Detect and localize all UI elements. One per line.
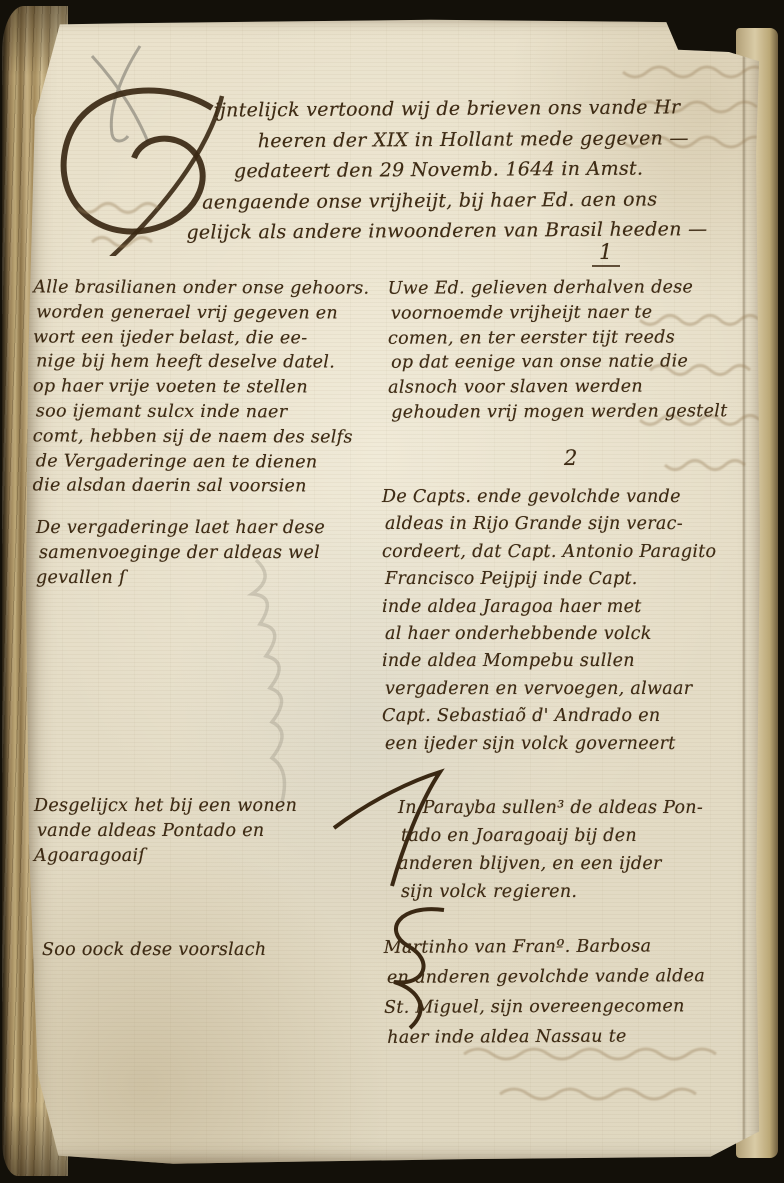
text-line: op dat eenige van onse natie die (391, 350, 727, 376)
text-line: inde aldea Jaragoa haer met (382, 594, 716, 621)
text-line: In Parayba sullen³ de aldeas Pon- (398, 794, 703, 822)
text-line: op haer vrije voeten te stellen (33, 375, 369, 401)
left-column-resolution-4: Soo oock dese voorslach (42, 938, 266, 963)
text-line: ijntelijck vertoond wij de brieven ons v… (213, 92, 706, 126)
text-line: die alsdan daerin sal voorsien (33, 474, 369, 500)
text-line: gevallen ſ (36, 566, 325, 591)
text-line: St. Miguel, sijn overeengecomen (384, 991, 705, 1023)
text-line: nige bij hem heeft deselve datel. (36, 350, 369, 376)
text-line: haer inde aldea Nassau te (387, 1021, 705, 1053)
text-line: inde aldea Mompebu sullen (382, 648, 716, 675)
text-line: cordeert, dat Capt. Antonio Paragito (382, 539, 716, 566)
text-line: De vergaderinge laet haer dese (36, 516, 325, 541)
text-line: De Capts. ende gevolchde vande (382, 484, 716, 511)
article-number-1: 1 (592, 240, 620, 267)
text-line: en anderen gevolchde vande aldea (387, 961, 705, 993)
text-line: een ijeder sijn volck governeert (385, 731, 716, 758)
text-line: voornoemde vrijheijt naer te (391, 300, 727, 326)
text-line: gehouden vrij mogen werden gestelt (391, 399, 727, 425)
text-line: Agoaragoaiſ (34, 844, 297, 869)
left-column-resolution-3: Desgelijcx het bij een wonenvande aldeas… (34, 794, 297, 868)
text-line: vande aldeas Pontado en (37, 819, 297, 844)
text-line: alsnoch voor slaven werden (388, 374, 727, 400)
text-line: aengaende onse vrijheijt, bij haer Ed. a… (202, 184, 707, 218)
text-line: al haer onderhebbende volck (385, 621, 716, 648)
text-line: Martinho van Franº. Barbosa (384, 931, 705, 963)
text-line: samenvoeginge der aldeas wel (39, 541, 325, 566)
text-line: Alle brasilianen onder onse gehoors. (33, 275, 369, 301)
manuscript-page: ijntelijck vertoond wij de brieven ons v… (26, 14, 762, 1166)
text-line: gelijck als andere inwoonderen van Brasi… (186, 214, 707, 248)
text-line: de Vergaderinge aen te dienen (36, 449, 369, 475)
text-line: gedateert den 29 Novemb. 1644 in Amst. (234, 153, 707, 187)
text-line: sijn volck regieren. (401, 878, 703, 906)
header-paragraph: ijntelijck vertoond wij de brieven ons v… (155, 92, 707, 249)
right-column-article-3: In Parayba sullen³ de aldeas Pon-tado en… (398, 794, 703, 906)
text-line: aldeas in Rijo Grande sijn verac- (385, 511, 716, 538)
text-line: anderen blijven, en een ijder (398, 850, 703, 878)
right-column-article-2: De Capts. ende gevolchde vandealdeas in … (382, 484, 716, 758)
text-line: tado en Joaragoaij bij den (401, 822, 703, 850)
left-column-resolution-1: Alle brasilianen onder onse gehoors.word… (33, 275, 370, 499)
text-line: wort een ijeder belast, die ee- (33, 325, 369, 351)
text-line: Uwe Ed. gelieven derhalven dese (388, 275, 727, 301)
text-line: comt, hebben sij de naem des selfs (33, 424, 369, 450)
text-line: Soo oock dese voorslach (42, 938, 266, 963)
text-line: Francisco Peijpij inde Capt. (385, 566, 716, 593)
right-column-article-1: Uwe Ed. gelieven derhalven desevoornoemd… (388, 275, 728, 425)
text-line: heeren der XIX in Hollant mede gegeven — (258, 123, 707, 157)
left-column-resolution-2: De vergaderinge laet haer desesamenvoegi… (36, 516, 325, 590)
text-line: soo ijemant sulcx inde naer (36, 399, 369, 425)
right-column-article-4: Martinho van Franº. Barbosaen anderen ge… (384, 931, 706, 1053)
text-line: Desgelijcx het bij een wonen (34, 794, 297, 819)
text-line: Capt. Sebastiaõ d' Andrado en (382, 703, 716, 730)
text-line: vergaderen en vervoegen, alwaar (385, 676, 716, 703)
right-edge-fold (742, 54, 746, 1154)
bleedthrough-ghost-text (56, 190, 166, 270)
photographed-manuscript: ijntelijck vertoond wij de brieven ons v… (0, 0, 784, 1183)
article-number-2: 2 (564, 446, 578, 470)
pencil-squiggle-ghost (226, 554, 356, 814)
text-line: comen, en ter eerster tijt reeds (388, 325, 727, 351)
pencil-x-mark (82, 38, 162, 148)
text-line: worden generael vrij gegeven en (36, 300, 369, 326)
